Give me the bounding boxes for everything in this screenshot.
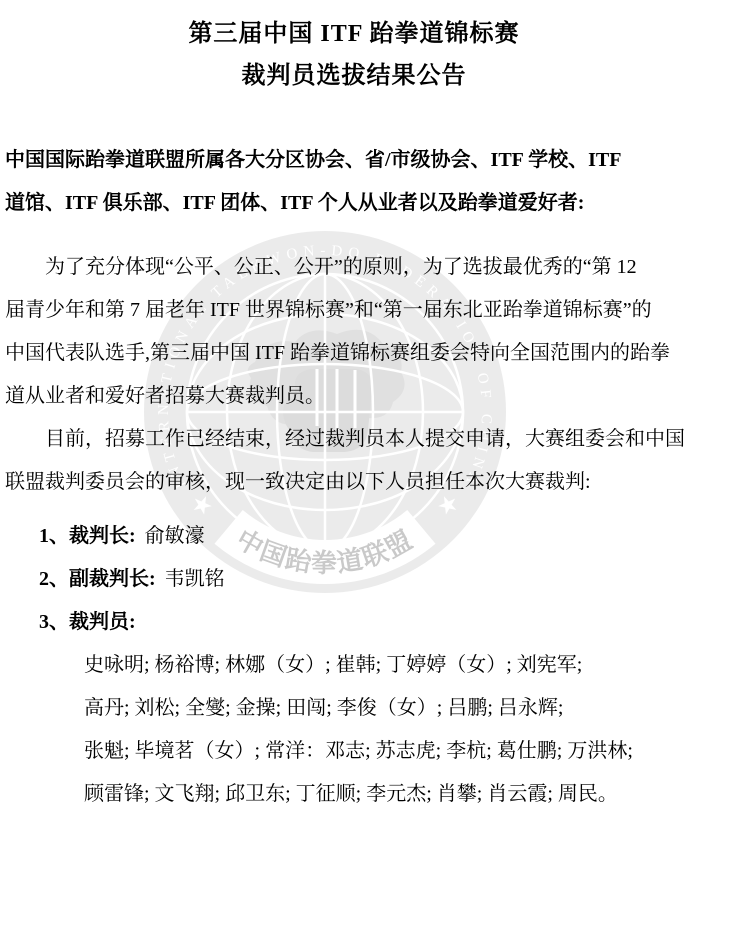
appointment-name: 俞敏濠 [145,525,205,547]
announcement-document: 第三届中国 ITF 跆拳道锦标赛 裁判员选拔结果公告 中国国际跆拳道联盟所属各大… [0,0,729,816]
referee-names-line: 史咏明; 杨裕博; 林娜（女）; 崔韩; 丁婷婷（女）; 刘宪军; [84,644,703,687]
referee-names-line: 张魁; 毕境茗（女）; 常洋：邓志; 苏志虎; 李杭; 葛仕鹏; 万洪林; [84,730,703,773]
appointment-label: 2、副裁判长: [39,568,156,590]
title-line-1: 第三届中国 ITF 跆拳道锦标赛 [5,13,703,55]
salutation: 中国国际跆拳道联盟所属各大分区协会、省/市级协会、ITF 学校、ITF 道馆、I… [5,139,703,225]
document-page: { "page": {"width_px": 729, "height_px":… [0,0,729,936]
appointment-deputy-chief-referee: 2、副裁判长:韦凯铭 [39,558,703,601]
document-title: 第三届中国 ITF 跆拳道锦标赛 裁判员选拔结果公告 [5,13,703,97]
salutation-line: 中国国际跆拳道联盟所属各大分区协会、省/市级协会、ITF 学校、ITF [5,139,703,182]
appointment-name: 韦凯铭 [165,568,225,590]
appointment-chief-referee: 1、裁判长:俞敏濠 [39,515,703,558]
paragraph-line: 为了充分体现“公平、公正、公开”的原则，为了选拔最优秀的“第 12 [5,246,703,289]
appointments-list: 1、裁判长:俞敏濠 2、副裁判长:韦凯铭 3、裁判员: [5,515,703,644]
appointment-label: 1、裁判长: [39,525,136,547]
appointment-referees-heading: 3、裁判员: [39,601,703,644]
appointment-label: 3、裁判员: [39,611,136,633]
referee-names-line: 顾雷锋; 文飞翔; 邱卫东; 丁征顺; 李元杰; 肖攀; 肖云霞; 周民。 [84,773,703,816]
salutation-line: 道馆、ITF 俱乐部、ITF 团体、ITF 个人从业者以及跆拳道爱好者: [5,182,703,225]
paragraph-line: 道从业者和爱好者招募大赛裁判员。 [5,375,703,418]
referee-names: 史咏明; 杨裕博; 林娜（女）; 崔韩; 丁婷婷（女）; 刘宪军; 高丹; 刘松… [5,644,703,816]
paragraph-line: 中国代表队选手,第三届中国 ITF 跆拳道锦标赛组委会特向全国范围内的跆拳 [5,332,703,375]
paragraph-line: 目前，招募工作已经结束，经过裁判员本人提交申请，大赛组委会和中国 [5,418,703,461]
paragraph-line: 届青少年和第 7 届老年 ITF 世界锦标赛”和“第一届东北亚跆拳道锦标赛”的 [5,289,703,332]
referee-names-line: 高丹; 刘松; 全燮; 金操; 田闯; 李俊（女）; 吕鹏; 吕永辉; [84,687,703,730]
paragraph-line: 联盟裁判委员会的审核，现一致决定由以下人员担任本次大赛裁判: [5,461,703,504]
title-line-2: 裁判员选拔结果公告 [5,55,703,97]
paragraph-recruitment: 为了充分体现“公平、公正、公开”的原则，为了选拔最优秀的“第 12 届青少年和第… [5,246,703,418]
paragraph-decision: 目前，招募工作已经结束，经过裁判员本人提交申请，大赛组委会和中国 联盟裁判委员会… [5,418,703,504]
